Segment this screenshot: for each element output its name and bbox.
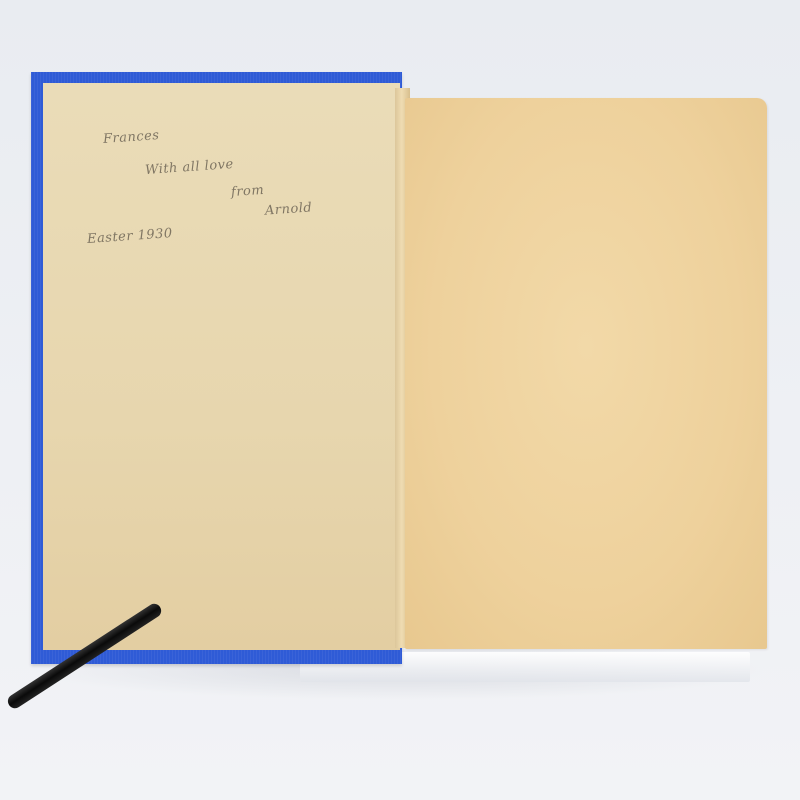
- inscription-line-2: With all love: [145, 157, 235, 178]
- blank-right-page: [405, 98, 767, 649]
- inscription-line-3: from: [231, 183, 265, 200]
- inscription-line-5: Easter 1930: [87, 226, 174, 247]
- inscription-line-4: Arnold: [265, 200, 313, 218]
- front-endpaper: Frances With all love from Arnold Easter…: [43, 83, 400, 650]
- inscription-line-1: Frances: [103, 128, 160, 147]
